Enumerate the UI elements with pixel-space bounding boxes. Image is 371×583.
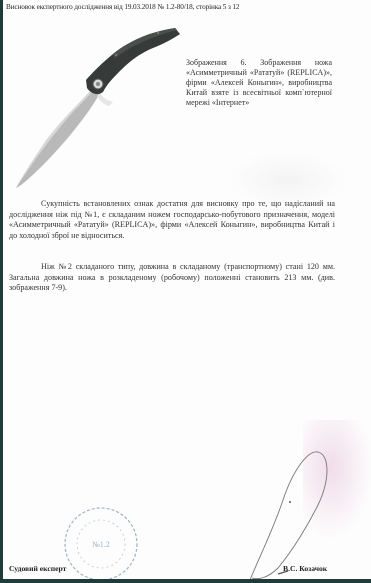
expert-name: В.С. Козачок — [283, 564, 327, 573]
document-page: Висновок експертного дослідження від 19.… — [3, 0, 371, 579]
round-seal-stamp-icon: №1.2 — [60, 503, 142, 579]
figure-caption: Зображення 6. Зображення ножа «Асимметри… — [186, 58, 332, 108]
svg-text:№1.2: №1.2 — [92, 540, 110, 549]
page-header: Висновок експертного дослідження від 19.… — [6, 3, 239, 11]
expert-role-label: Судовий експерт — [9, 564, 66, 573]
paragraph-text: Сукупність встановлених ознак достатня д… — [9, 199, 335, 240]
paragraph-knife-2: Ніж №2 складаного типу, довжина в склада… — [9, 262, 335, 294]
folding-knife-image — [3, 20, 203, 200]
paragraph-conclusion: Сукупність встановлених ознак достатня д… — [9, 199, 335, 241]
paragraph-text: Ніж №2 складаного типу, довжина в склада… — [9, 262, 335, 292]
handwritten-signature-icon — [238, 440, 348, 579]
